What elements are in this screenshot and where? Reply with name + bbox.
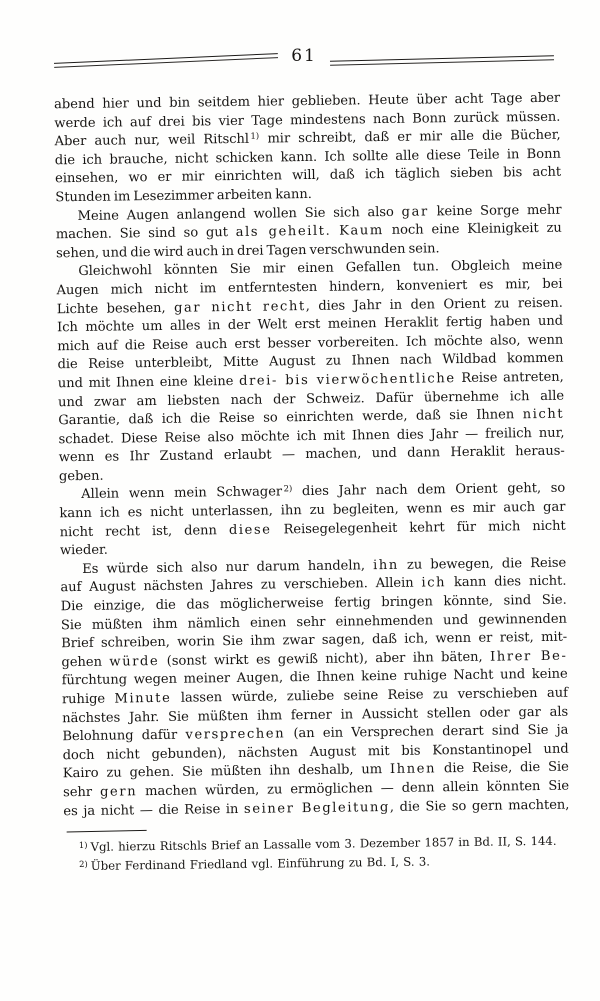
footnote-text: Vgl. hierzu Ritschls Brief an Lassalle v… bbox=[90, 834, 556, 854]
paragraph: Gleichwohl könnten Sie mir einen Gefalle… bbox=[56, 257, 565, 487]
footnote-text: Über Ferdinand Friedland vgl. Einführung… bbox=[91, 854, 430, 872]
footnote-reference: 2) bbox=[284, 485, 293, 495]
paragraph: abend hier und bin seitdem hier gebliebe… bbox=[54, 90, 561, 208]
footnote-separator bbox=[67, 830, 147, 833]
paragraph: Allein wenn mein Schwager2) dies Jahr na… bbox=[59, 480, 566, 561]
paragraph: Meine Augen anlangend wollen Sie sich al… bbox=[55, 201, 562, 263]
body-text: abend hier und bin seitdem hier gebliebe… bbox=[54, 90, 569, 822]
book-page: 61 abend hier und bin seitdem hier gebli… bbox=[0, 0, 600, 1001]
footnote-marker: 1) bbox=[79, 841, 88, 851]
footnote-marker: 2) bbox=[79, 860, 88, 870]
header-rule-left-icon bbox=[54, 53, 278, 68]
footnote-reference: 1) bbox=[250, 132, 259, 142]
footnotes: 1)Vgl. hierzu Ritschls Brief an Lassalle… bbox=[64, 832, 570, 876]
page-number: 61 bbox=[291, 48, 317, 65]
paragraph: Es würde sich also nur darum handeln, ih… bbox=[60, 554, 569, 821]
header-rule-right-icon bbox=[330, 55, 554, 65]
page-content: abend hier und bin seitdem hier gebliebe… bbox=[54, 90, 570, 876]
page-header: 61 bbox=[54, 52, 554, 69]
